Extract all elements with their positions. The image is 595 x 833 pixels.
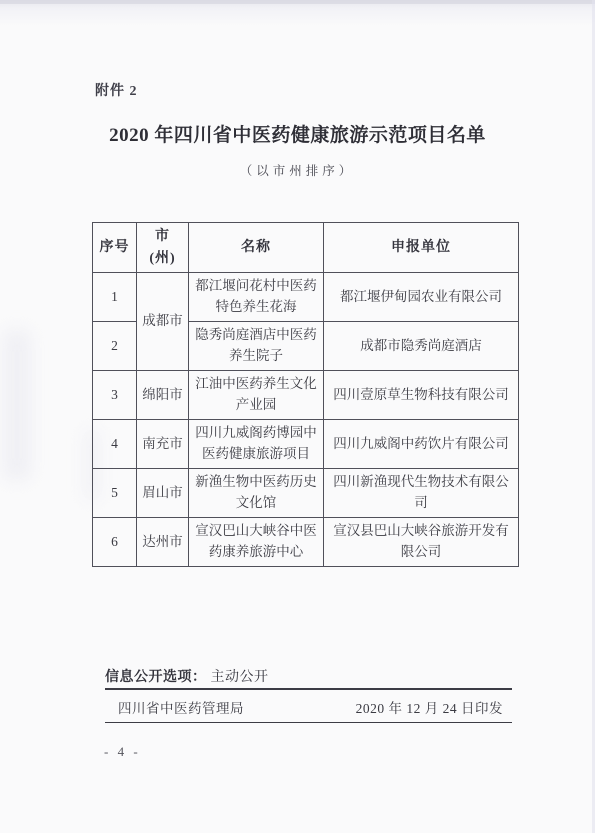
disclosure-line: 信息公开选项：主动公开 — [105, 666, 269, 686]
cell-no: 5 — [93, 469, 137, 518]
table-row: 5 眉山市 新渔生物中医药历史文化馆 四川新渔现代生物技术有限公司 — [93, 469, 519, 518]
table-row: 1 成都市 都江堰问花村中医药特色养生花海 都江堰伊甸园农业有限公司 — [93, 273, 519, 322]
scan-top-streak — [0, 0, 595, 4]
header-name: 名称 — [189, 223, 324, 273]
footer-rule-top — [105, 688, 512, 690]
scan-smudge — [4, 330, 30, 480]
cell-name: 江油中医药养生文化产业园 — [189, 371, 324, 420]
disclosure-label: 信息公开选项： — [105, 670, 207, 685]
cell-no: 3 — [93, 371, 137, 420]
header-row: 序号 市(州) 名称 申报单位 — [93, 223, 519, 273]
cell-no: 4 — [93, 420, 137, 469]
issue-line: 四川省中医药管理局 2020 年 12 月 24 日印发 — [105, 697, 512, 717]
attachment-label: 附件 2 — [95, 80, 138, 100]
cell-city: 成都市 — [137, 273, 189, 371]
cell-org: 四川新渔现代生物技术有限公司 — [324, 469, 519, 518]
header-no: 序号 — [93, 223, 137, 273]
cell-name: 都江堰问花村中医药特色养生花海 — [189, 273, 324, 322]
cell-name: 隐秀尚庭酒店中医药养生院子 — [189, 322, 324, 371]
document-title: 2020 年四川省中医药健康旅游示范项目名单 — [0, 120, 595, 147]
footer-rule-bottom — [105, 722, 512, 723]
cell-no: 1 — [93, 273, 137, 322]
scan-top-shadow — [0, 0, 595, 26]
cell-no: 2 — [93, 322, 137, 371]
cell-org: 宣汉县巴山大峡谷旅游开发有限公司 — [324, 518, 519, 567]
cell-city: 绵阳市 — [137, 371, 189, 420]
header-org: 申报单位 — [324, 223, 519, 273]
cell-org: 四川壹原草生物科技有限公司 — [324, 371, 519, 420]
document-subtitle: （以市州排序） — [0, 161, 595, 179]
table-row: 4 南充市 四川九威阁药博园中医药健康旅游项目 四川九威阁中药饮片有限公司 — [93, 420, 519, 469]
cell-no: 6 — [93, 518, 137, 567]
cell-city: 眉山市 — [137, 469, 189, 518]
issuer-name: 四川省中医药管理局 — [105, 697, 244, 717]
table-header: 序号 市(州) 名称 申报单位 — [93, 223, 519, 273]
cell-org: 四川九威阁中药饮片有限公司 — [324, 420, 519, 469]
table-row: 3 绵阳市 江油中医药养生文化产业园 四川壹原草生物科技有限公司 — [93, 371, 519, 420]
table-row: 6 达州市 宣汉巴山大峡谷中医药康养旅游中心 宣汉县巴山大峡谷旅游开发有限公司 — [93, 518, 519, 567]
cell-city: 南充市 — [137, 420, 189, 469]
projects-table: 序号 市(州) 名称 申报单位 1 成都市 都江堰问花村中医药特色养生花海 都江… — [92, 222, 519, 567]
document-page: 附件 2 2020 年四川省中医药健康旅游示范项目名单 （以市州排序） 序号 市… — [0, 0, 595, 833]
disclosure-value: 主动公开 — [211, 670, 269, 685]
cell-name: 新渔生物中医药历史文化馆 — [189, 469, 324, 518]
cell-org: 都江堰伊甸园农业有限公司 — [324, 273, 519, 322]
cell-name: 四川九威阁药博园中医药健康旅游项目 — [189, 420, 324, 469]
cell-org: 成都市隐秀尚庭酒店 — [324, 322, 519, 371]
page-number: - 4 - — [104, 744, 141, 760]
header-city: 市(州) — [137, 223, 189, 273]
issue-date: 2020 年 12 月 24 日印发 — [356, 697, 512, 717]
table-body: 1 成都市 都江堰问花村中医药特色养生花海 都江堰伊甸园农业有限公司 2 隐秀尚… — [93, 273, 519, 567]
cell-city: 达州市 — [137, 518, 189, 567]
cell-name: 宣汉巴山大峡谷中医药康养旅游中心 — [189, 518, 324, 567]
